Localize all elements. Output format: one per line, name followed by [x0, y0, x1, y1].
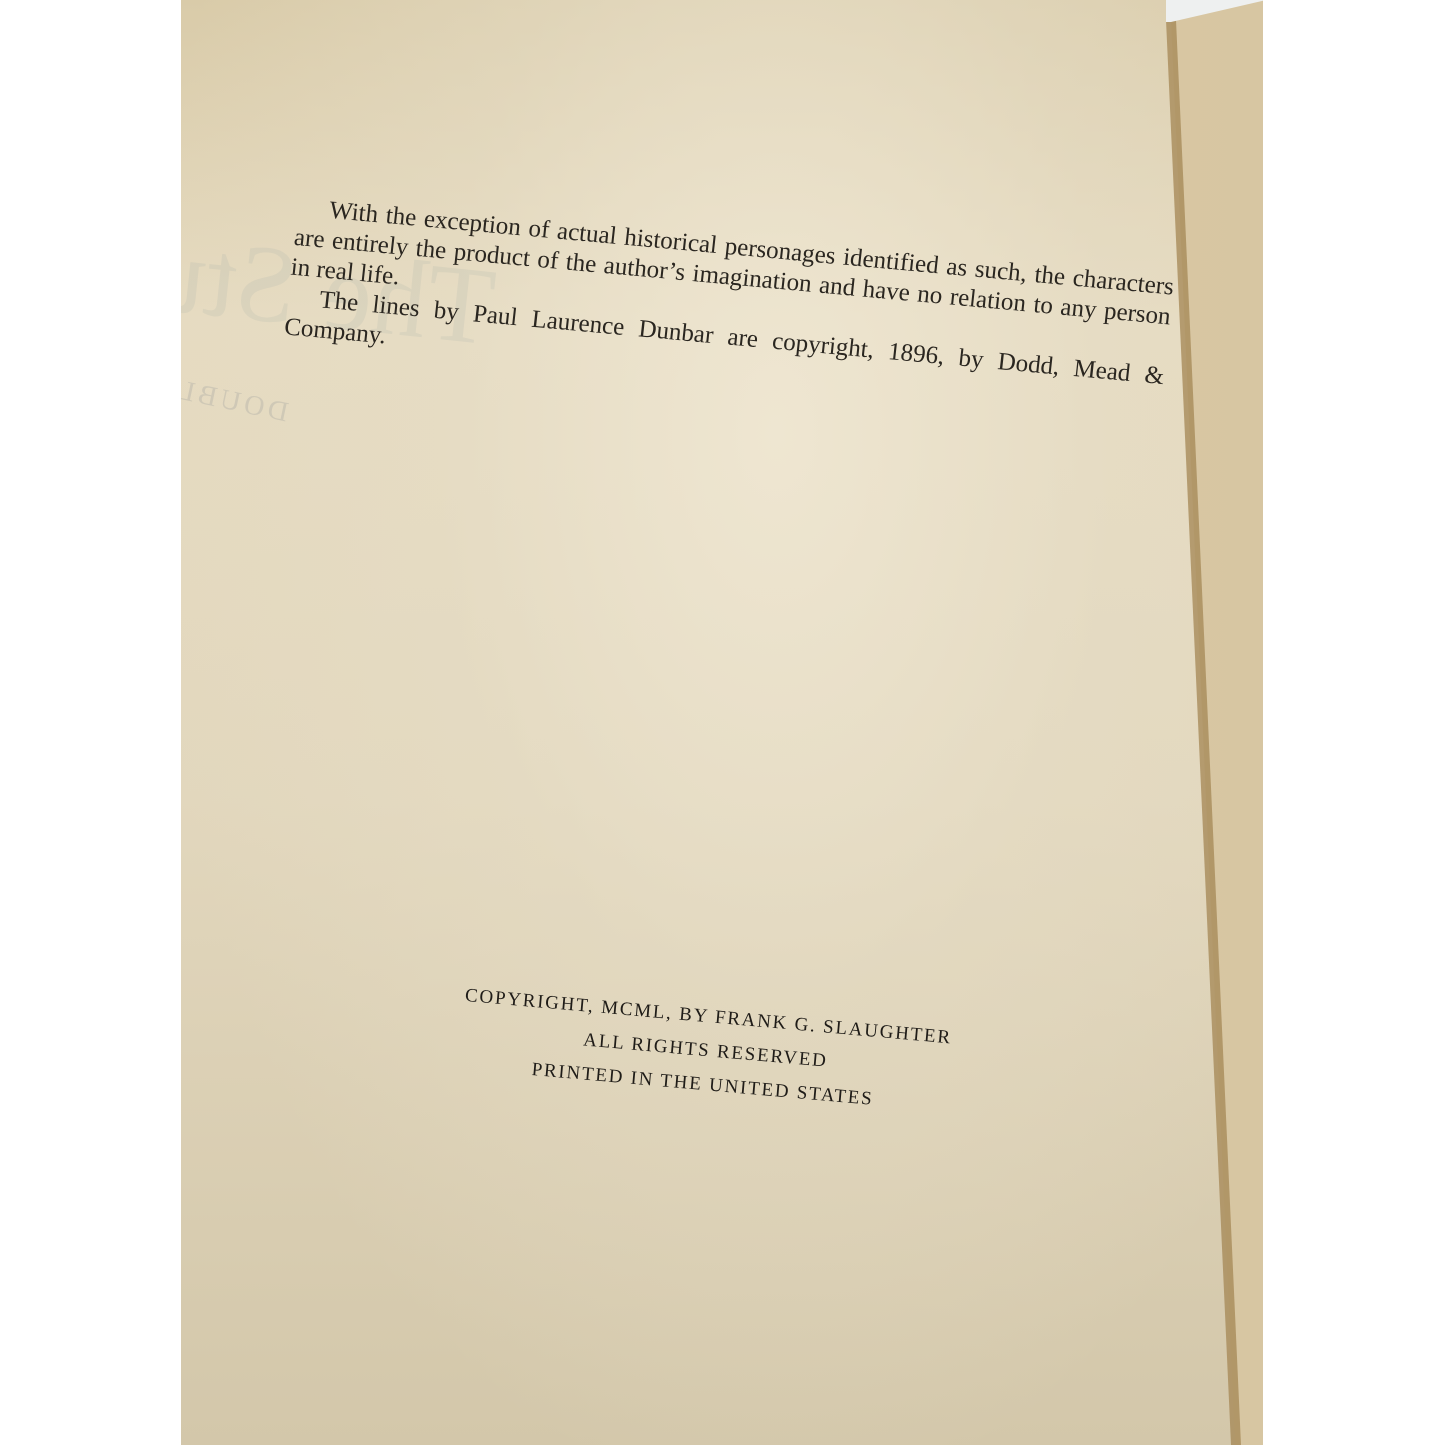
book-photo: The Stubborn Heart DOUBLEDAY & COMPANY, …: [181, 0, 1263, 1445]
